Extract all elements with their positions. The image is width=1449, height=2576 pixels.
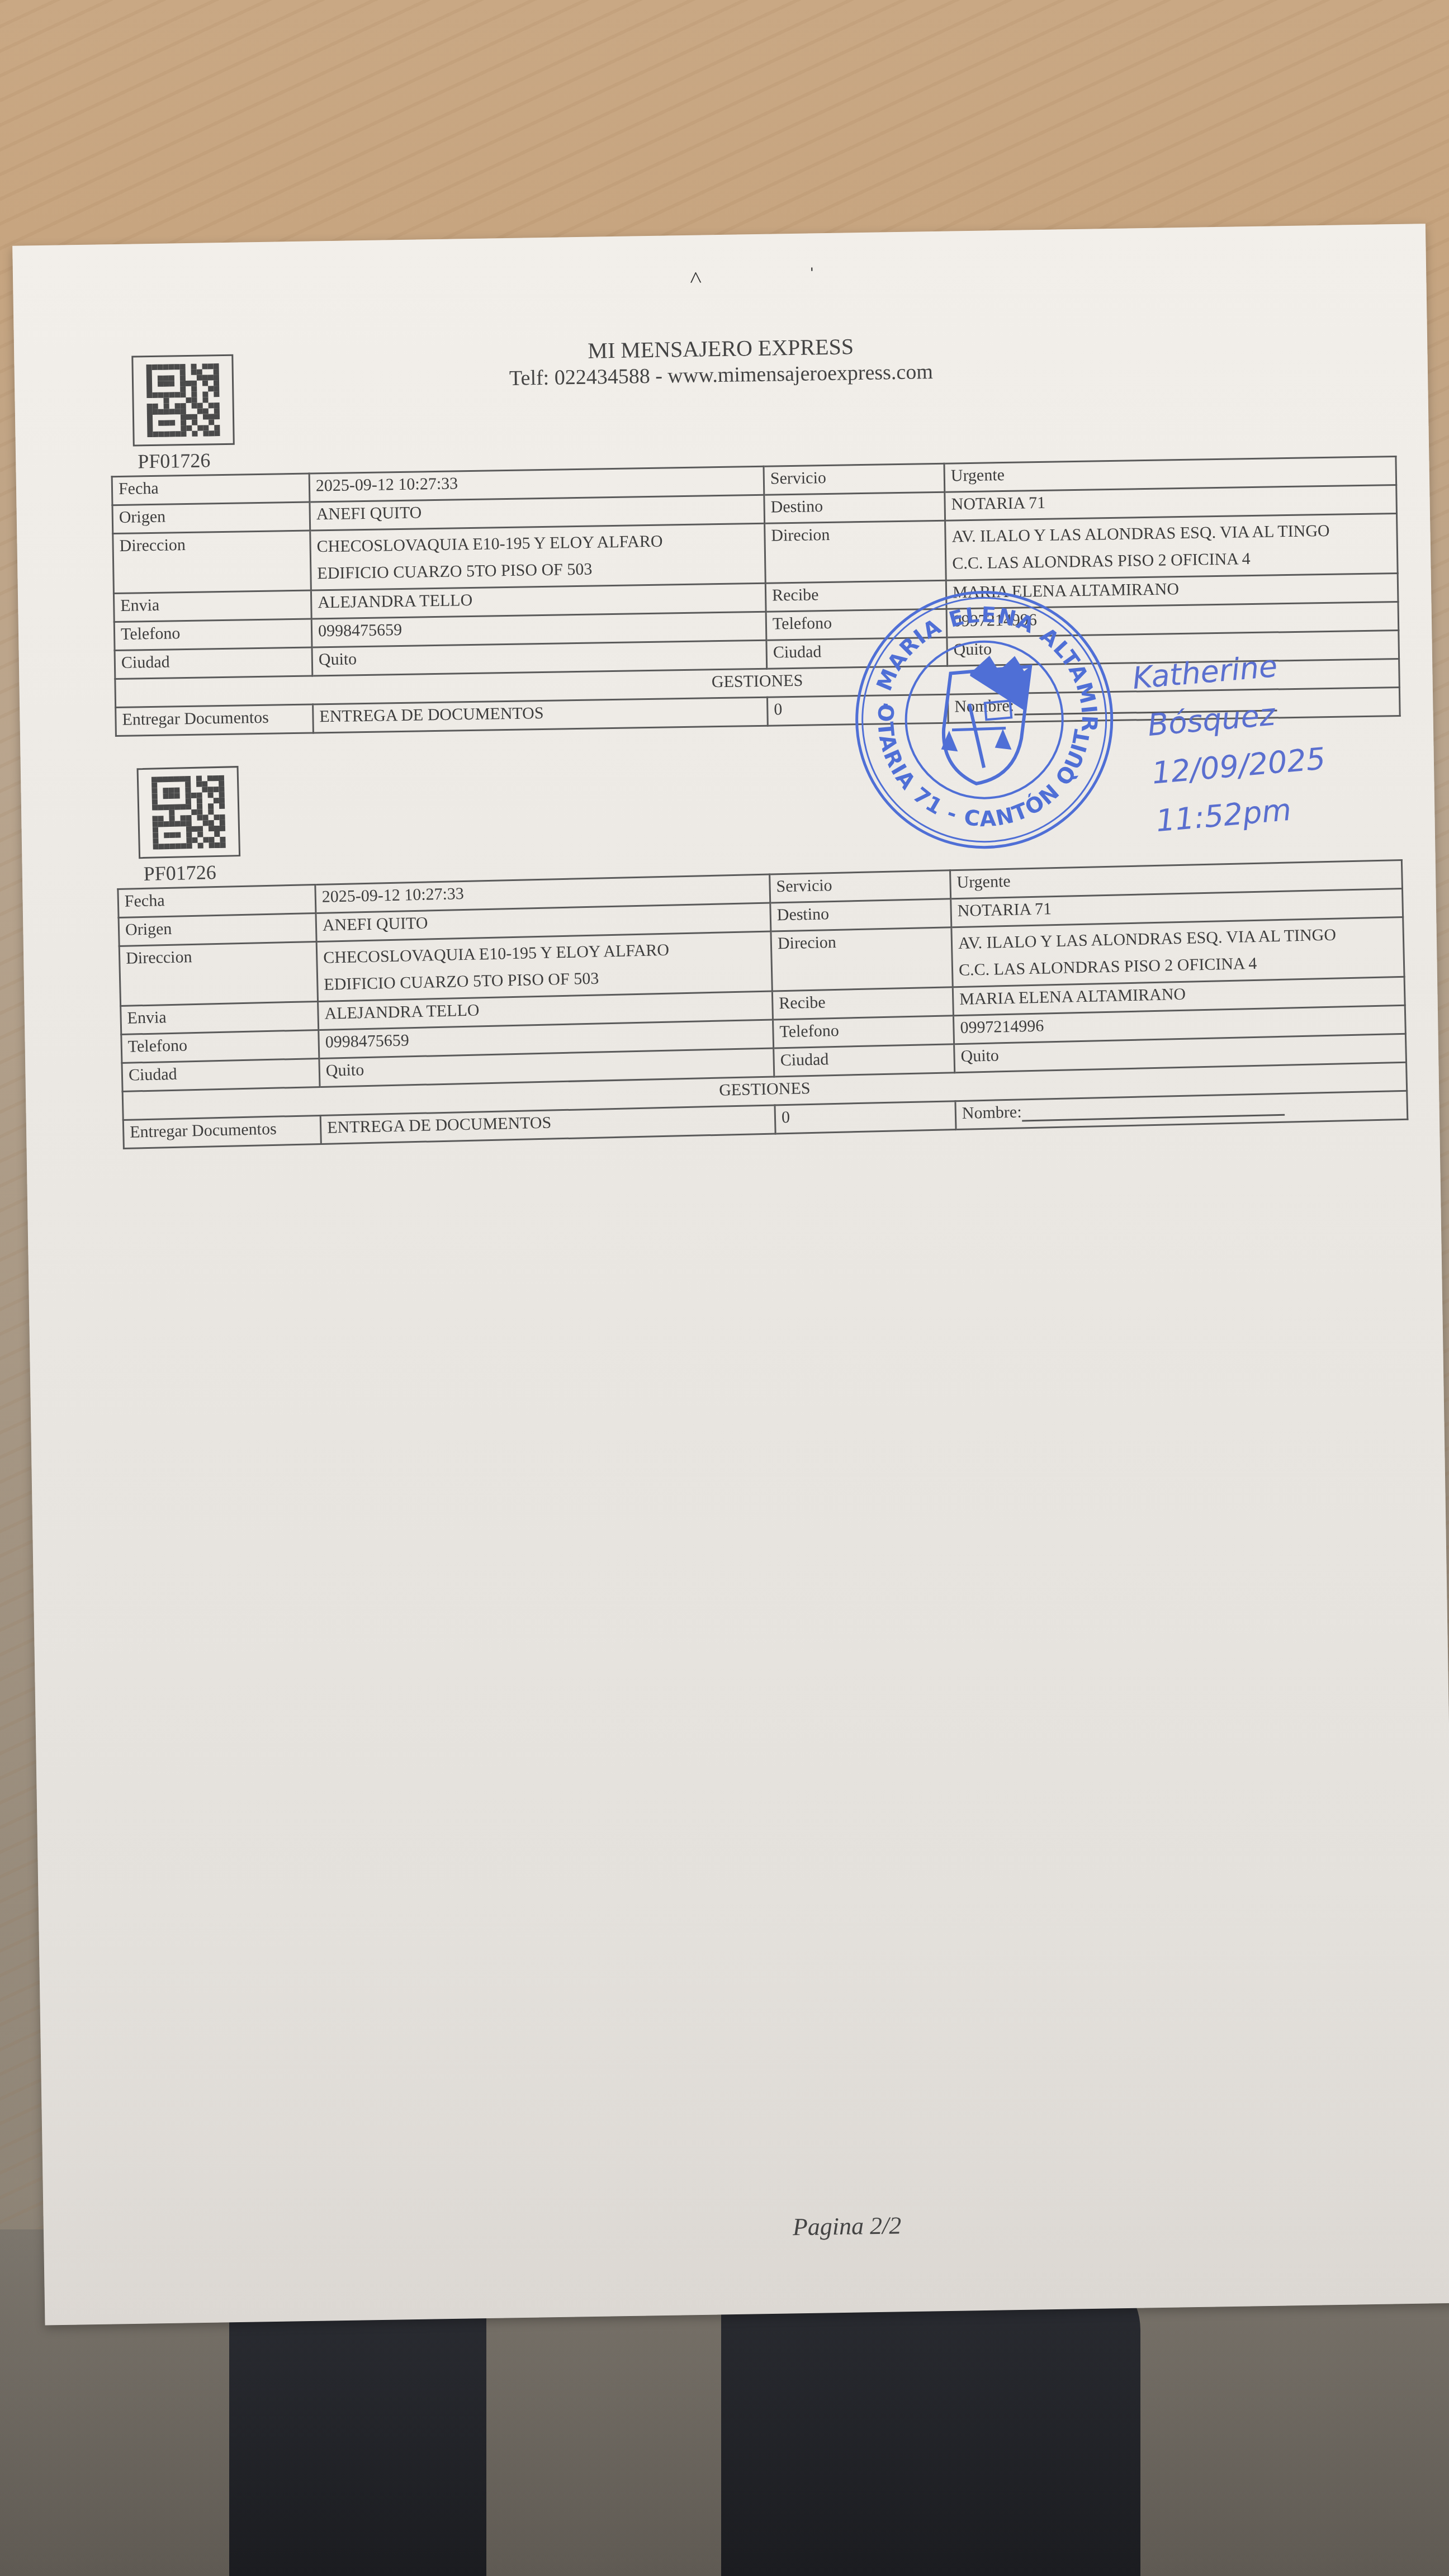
handwritten-receipt: Katherine Bósquez 12/09/2025 11:52pm [1142,639,1331,845]
shoe-left [229,2285,486,2576]
recibe-label: Recibe [772,987,953,1020]
shield-icon [937,648,1031,789]
destino-label: Destino [764,492,945,523]
servicio-label: Servicio [770,870,951,903]
page-number: Pagina 2/2 [793,2211,902,2241]
qr-code-icon [131,354,235,447]
fecha-label: Fecha [112,473,310,505]
origin-address-label: Direccion [119,942,318,1006]
waybill-table: Fecha 2025-09-12 10:27:33 Servicio Urgen… [117,859,1408,1149]
origin-address-value: CHECOSLOVAQUIA E10-195 Y ELOY ALFARO EDI… [316,931,772,1001]
dest-address-label: Direcion [771,927,953,991]
fecha-label: Fecha [118,885,316,918]
receiver-phone-label: Telefono [773,1016,954,1048]
envia-label: Envia [121,1001,319,1034]
gestion-item-label: Entregar Documentos [116,704,314,736]
origin-address-value: CHECOSLOVAQUIA E10-195 Y ELOY ALFARO EDI… [310,523,766,590]
receiver-city-label: Ciudad [774,1044,955,1077]
dest-address-value: AV. ILALO Y LAS ALONDRAS ESQ. VIA AL TIN… [951,917,1404,987]
destino-label: Destino [770,899,951,931]
origen-label: Origen [119,913,316,946]
sender-phone-label: Telefono [114,619,312,651]
dest-address-value: AV. ILALO Y LAS ALONDRAS ESQ. VIA AL TIN… [945,514,1398,581]
waybill-document: ˄ ˈ MI MENSAJERO EXPRESS Telf: 022434588… [12,224,1449,2325]
servicio-label: Servicio [764,463,945,495]
gestion-item-label: Entregar Documentos [123,1115,321,1148]
nombre-label: Nombre: [962,1102,1022,1122]
qr-code-icon [137,766,241,859]
sender-city-label: Ciudad [122,1058,320,1091]
sender-phone-label: Telefono [121,1030,319,1063]
staple-marks: ˄ ˈ [689,262,866,291]
origen-label: Origen [112,502,310,534]
notary-stamp: DRA. MARIA ELENA ALTAMIRANO NOTARIA 71 -… [837,573,1130,866]
origin-address-label: Direccion [113,531,311,594]
envia-label: Envia [113,590,311,622]
dest-address-label: Direcion [765,520,946,583]
gestion-quantity: 0 [775,1101,956,1134]
sender-city-label: Ciudad [115,647,312,679]
nombre-signature-line [1021,1097,1285,1122]
